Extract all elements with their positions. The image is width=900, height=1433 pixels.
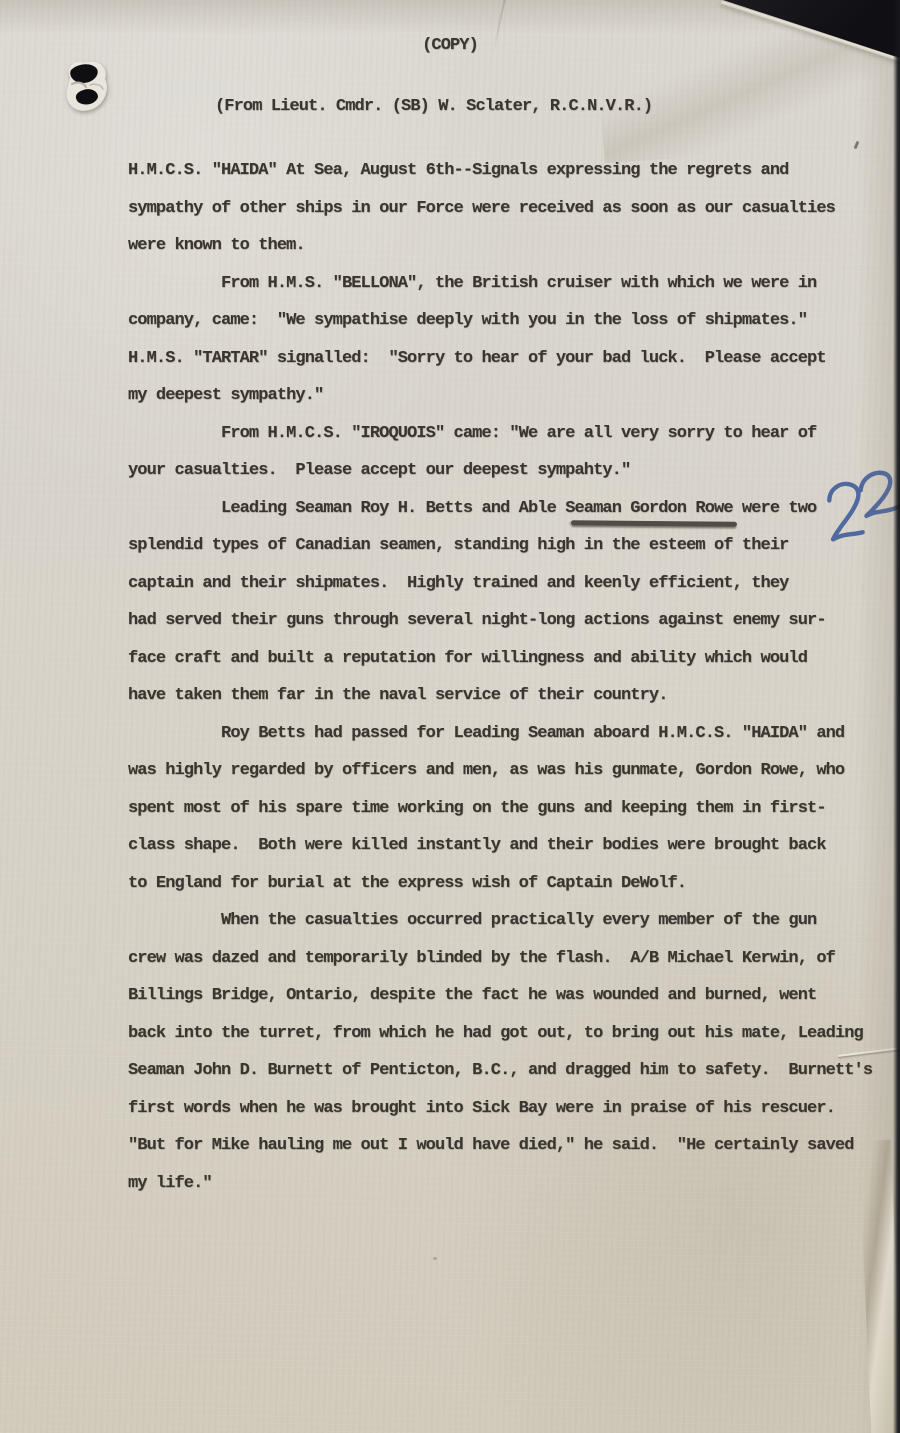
typed-line: back into the turret, from which he had …: [128, 1015, 872, 1053]
underlined-name: Seaman Gordon Rowe: [565, 499, 732, 518]
typed-line: my deepest sympathy.": [128, 377, 872, 415]
typed-line: your casualties. Please accept our deepe…: [128, 452, 872, 490]
typed-line: company, came: "We sympathise deeply wit…: [128, 302, 872, 340]
typed-line: face craft and built a reputation for wi…: [128, 640, 872, 678]
typed-line: When the casualties occurred practically…: [128, 902, 872, 940]
typed-line: From H.M.S. "BELLONA", the British cruis…: [128, 265, 872, 303]
typed-line: was highly regarded by officers and men,…: [128, 752, 872, 790]
typed-line: crew was dazed and temporarily blinded b…: [128, 940, 872, 978]
typed-line: splendid types of Canadian seamen, stand…: [128, 527, 872, 565]
typed-line: my life.": [128, 1165, 872, 1203]
photograph-of-document: { "document": { "copy_label": "(COPY)", …: [0, 0, 900, 1433]
torn-hole-graphic: [60, 56, 114, 118]
typed-line: captain and their shipmates. Highly trai…: [128, 565, 872, 603]
typed-line: first words when he was brought into Sic…: [128, 1090, 872, 1128]
attribution-line: (From Lieut. Cmdr. (SB) W. Sclater, R.C.…: [215, 97, 652, 116]
torn-punch-hole: [60, 56, 114, 118]
typed-segment: were two: [733, 499, 817, 518]
typed-line: spent most of his spare time working on …: [128, 790, 872, 828]
typed-line: Seaman John D. Burnett of Penticton, B.C…: [128, 1052, 872, 1090]
typed-line: "But for Mike hauling me out I would hav…: [128, 1127, 872, 1165]
typed-line: have taken them far in the naval service…: [128, 677, 872, 715]
typed-body: H.M.C.S. "HAIDA" At Sea, August 6th--Sig…: [128, 152, 872, 1202]
photo-background-right-edge: [893, 0, 900, 1433]
typed-line: Leading Seaman Roy H. Betts and Able Sea…: [128, 490, 872, 528]
typed-line: class shape. Both were killed instantly …: [128, 827, 872, 865]
typed-line: From H.M.C.S. "IROQUOIS" came: "We are a…: [128, 415, 872, 453]
typed-line: H.M.S. "TARTAR" signalled: "Sorry to hea…: [128, 340, 872, 378]
typed-line: Roy Betts had passed for Leading Seaman …: [128, 715, 872, 753]
typed-line: to England for burial at the express wis…: [128, 865, 872, 903]
typed-line: H.M.C.S. "HAIDA" At Sea, August 6th--Sig…: [128, 152, 872, 190]
typed-line: Billings Bridge, Ontario, despite the fa…: [128, 977, 872, 1015]
paper-speck: [433, 1257, 437, 1260]
typed-line: sympathy of other ships in our Force wer…: [128, 190, 872, 228]
typed-line: were known to them.: [128, 227, 872, 265]
typed-line: had served their guns through several ni…: [128, 602, 872, 640]
typed-segment: Leading Seaman Roy H. Betts and Able: [128, 499, 565, 518]
